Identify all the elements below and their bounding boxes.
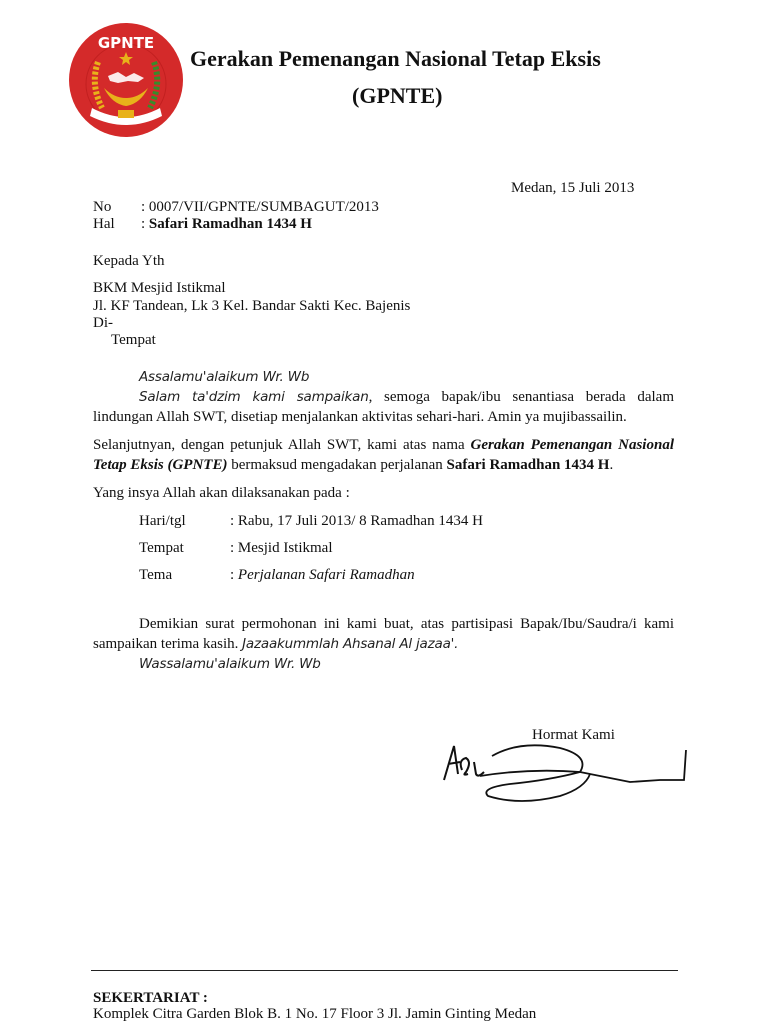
- handwritten-signature: [440, 740, 700, 805]
- purpose-event: Safari Ramadhan 1434 H: [447, 457, 610, 473]
- recipient-greeting: Kepada Yth: [93, 253, 165, 270]
- gpnte-logo: GPNTE: [68, 22, 184, 138]
- recipient-tempat: Tempat: [111, 332, 156, 349]
- salam-opening: Assalamu'alaikum Wr. Wb: [139, 369, 309, 385]
- hal-colon: :: [141, 216, 149, 232]
- purpose-text-b: bermaksud mengadakan perjalanan: [227, 457, 446, 473]
- hal-value: Safari Ramadhan 1434 H: [149, 216, 312, 232]
- detail-date-label: Hari/tgl: [139, 513, 186, 530]
- purpose-text-a: Selanjutnyan, dengan petunjuk Allah SWT,…: [93, 437, 471, 453]
- footer-heading: SEKERTARIAT :: [93, 990, 208, 1007]
- recipient-di: Di-: [93, 315, 113, 332]
- detail-place-label: Tempat: [139, 540, 184, 557]
- detail-date-value: : Rabu, 17 Juli 2013/ 8 Ramadhan 1434 H: [230, 513, 483, 530]
- salam-closing: Wassalamu'alaikum Wr. Wb: [139, 656, 321, 672]
- recipient-name: BKM Mesjid Istikmal: [93, 280, 226, 297]
- letter-date: Medan, 15 Juli 2013: [511, 180, 634, 197]
- org-abbr: (GPNTE): [352, 83, 442, 109]
- detail-theme-row: : Perjalanan Safari Ramadhan: [230, 567, 415, 584]
- logo-text: GPNTE: [98, 34, 154, 52]
- detail-place-value: : Mesjid Istikmal: [230, 540, 333, 557]
- hal-label: Hal: [93, 216, 115, 233]
- no-value: : 0007/VII/GPNTE/SUMBAGUT/2013: [141, 199, 379, 216]
- org-name: Gerakan Pemenangan Nasional Tetap Eksis: [190, 46, 601, 72]
- paragraph-greeting: Salam ta'dzim kami sampaikan, semoga bap…: [93, 387, 674, 427]
- no-label: No: [93, 199, 111, 216]
- detail-theme-value: Perjalanan Safari Ramadhan: [238, 567, 415, 583]
- hal-value-row: : Safari Ramadhan 1434 H: [141, 216, 312, 233]
- paragraph-schedule-intro: Yang insya Allah akan dilaksanakan pada …: [93, 485, 350, 502]
- detail-theme-label: Tema: [139, 567, 172, 584]
- purpose-end: .: [609, 457, 613, 473]
- footer-address: Komplek Citra Garden Blok B. 1 No. 17 Fl…: [93, 1006, 536, 1023]
- paragraph-closing: Demikian surat permohonan ini kami buat,…: [93, 614, 674, 654]
- detail-theme-colon: :: [230, 567, 238, 583]
- footer-divider: [91, 970, 678, 971]
- salam-tadzim: Salam ta'dzim kami sampaikan: [139, 389, 369, 405]
- paragraph-purpose: Selanjutnyan, dengan petunjuk Allah SWT,…: [93, 435, 674, 475]
- recipient-address: Jl. KF Tandean, Lk 3 Kel. Bandar Sakti K…: [93, 298, 410, 315]
- closing-doa: Jazaakummlah Ahsanal Al jazaa'.: [242, 636, 458, 652]
